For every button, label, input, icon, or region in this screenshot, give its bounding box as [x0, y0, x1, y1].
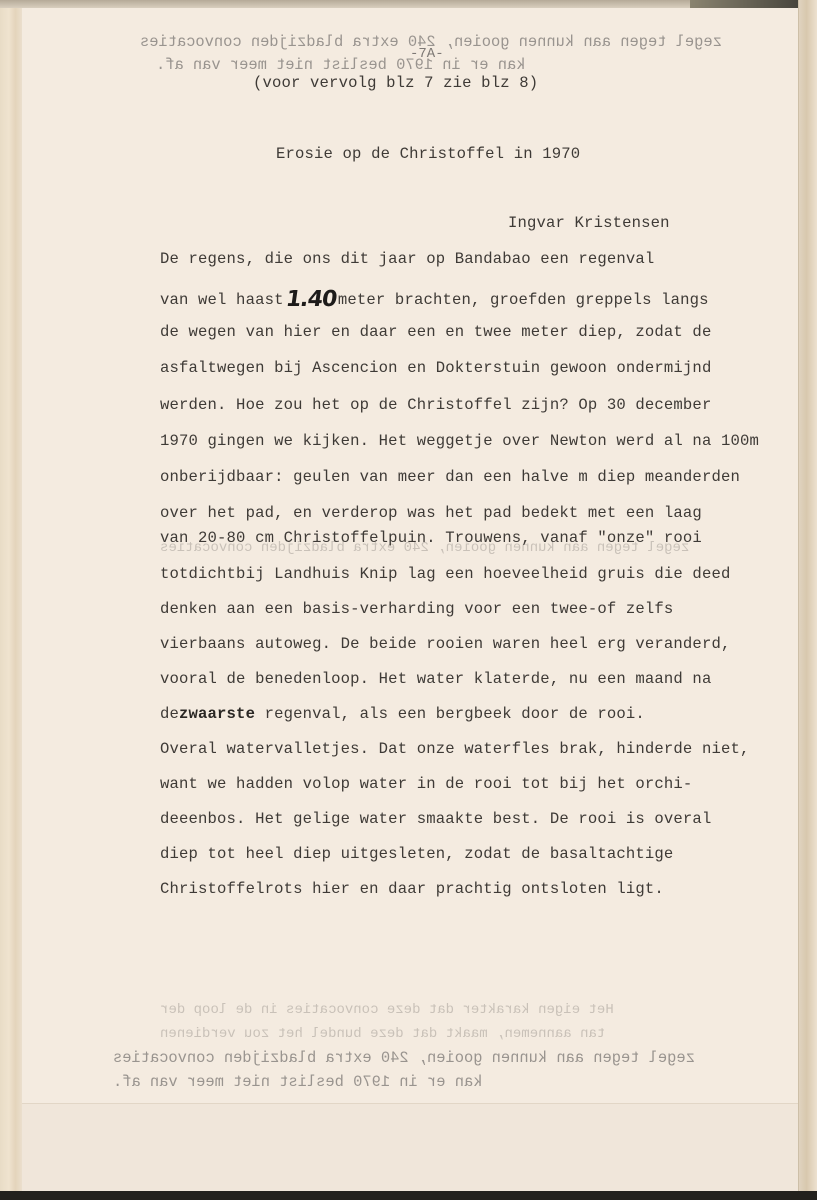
- underlying-page: [22, 1103, 798, 1192]
- body-line: denken aan een basis-verharding voor een…: [160, 600, 673, 618]
- typed-emphasis: zwaarste: [179, 705, 255, 723]
- page-number: -7A-: [410, 46, 444, 62]
- body-line: vooral de benedenloop. Het water klaterd…: [160, 670, 711, 688]
- body-line: totdichtbij Landhuis Knip lag een hoevee…: [160, 565, 730, 583]
- page-title: Erosie op de Christoffel in 1970: [276, 145, 580, 163]
- body-line: De regens, die ons dit jaar op Bandabao …: [160, 250, 654, 268]
- body-line: vierbaans autoweg. De beide rooien waren…: [160, 635, 730, 653]
- body-line: van 20-80 cm Christoffelpuin. Trouwens, …: [160, 529, 702, 547]
- continuation-note: (voor vervolg blz 7 zie blz 8): [253, 74, 538, 92]
- body-line: asfaltwegen bij Ascencion en Dokterstuin…: [160, 359, 711, 377]
- body-line: Christoffelrots hier en daar prachtig on…: [160, 880, 664, 898]
- body-line: diep tot heel diep uitgesleten, zodat de…: [160, 845, 673, 863]
- bleed-through-line: kan er in 1970 beslist niet meer van af.: [113, 1073, 482, 1091]
- body-line: deeenbos. Het gelige water smaakte best.…: [160, 810, 711, 828]
- body-line: van wel haast1.40meter brachten, groefde…: [160, 287, 709, 312]
- body-text: meter brachten, groefden greppels langs: [338, 291, 709, 309]
- body-line: dezwaarste regenval, als een bergbeek do…: [160, 705, 645, 723]
- binding-edge: [0, 8, 23, 1194]
- body-line: over het pad, en verderop was het pad be…: [160, 504, 702, 522]
- bleed-through-line: kan er in 1970 beslist niet meer van af.: [156, 56, 525, 74]
- bleed-through-line: zegel tegen aan kunnen gooien, 240 extra…: [113, 1049, 695, 1067]
- body-line: onberijdbaar: geulen van meer dan een ha…: [160, 468, 740, 486]
- body-line: 1970 gingen we kijken. Het weggetje over…: [160, 432, 759, 450]
- bleed-through-line: tan aannemen, maakt dat deze bundel het …: [160, 1026, 605, 1042]
- scan-bottom-shadow: [0, 1191, 817, 1200]
- page-right-edge: [798, 0, 817, 1194]
- body-line: werden. Hoe zou het op de Christoffel zi…: [160, 396, 711, 414]
- handwritten-correction: 1.40: [284, 287, 338, 312]
- body-line: want we hadden volop water in de rooi to…: [160, 775, 692, 793]
- body-line: Overal watervalletjes. Dat onze waterfle…: [160, 740, 749, 758]
- body-line: de wegen van hier en daar een en twee me…: [160, 323, 711, 341]
- body-text: de: [160, 705, 179, 723]
- author-name: Ingvar Kristensen: [508, 214, 670, 232]
- bleed-through-line: Het eigen karakter dat deze convocaties …: [160, 1002, 614, 1018]
- body-text: regenval, als een bergbeek door de rooi.: [255, 705, 645, 723]
- body-text: van wel haast: [160, 291, 284, 309]
